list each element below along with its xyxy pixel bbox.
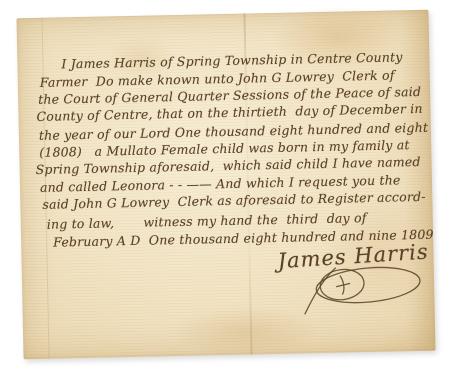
document-page: I James Harris of Spring Township in Cen…: [16, 10, 435, 360]
paper-stain: [171, 304, 322, 359]
signature: James Harris: [277, 240, 429, 274]
scan-canvas: I James Harris of Spring Township in Cen…: [0, 0, 450, 379]
paper-stain: [400, 10, 435, 352]
